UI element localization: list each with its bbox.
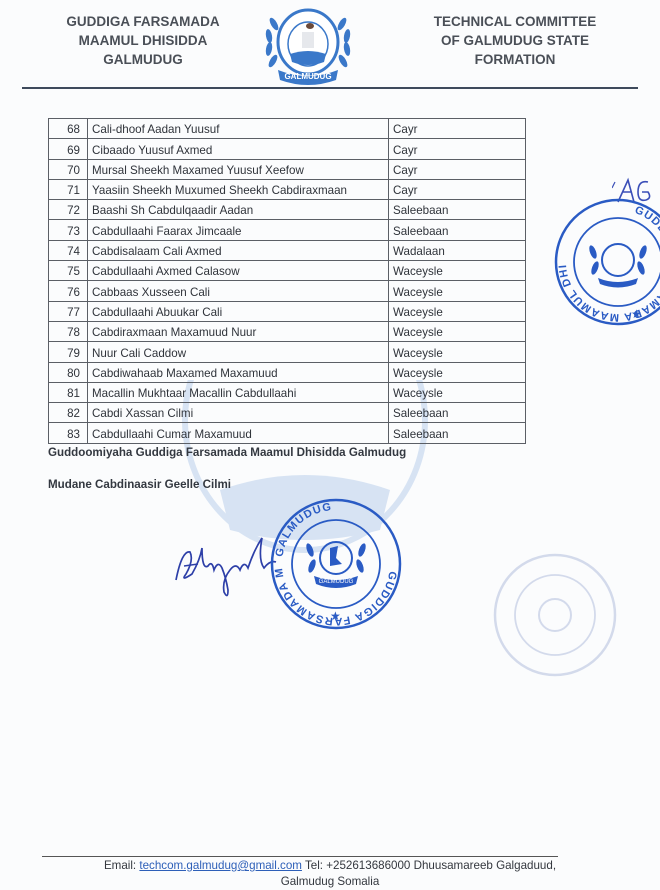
row-number: 82 xyxy=(49,403,88,423)
signatory-name: Mudane Cabdinaasir Geelle Cilmi xyxy=(48,478,231,491)
header-right-line: TECHNICAL COMMITTEE xyxy=(410,12,620,31)
row-number: 81 xyxy=(49,382,88,402)
official-stamp-right: GUDDIGA FARSAMADA MAAMUL DHISIDDA ★ xyxy=(553,196,660,328)
member-clan: Waceysle xyxy=(389,342,526,362)
row-number: 74 xyxy=(49,240,88,260)
member-clan: Saleebaan xyxy=(389,423,526,443)
member-clan: Saleebaan xyxy=(389,200,526,220)
contact-details: Tel: +252613686000 Dhuusamareeb Galgaduu… xyxy=(305,859,556,872)
row-number: 70 xyxy=(49,159,88,179)
table-row: 70Mursal Sheekh Maxamed Yuusuf XeefowCay… xyxy=(49,159,526,179)
table-row: 81Macallin Mukhtaar Macallin Cabdullaahi… xyxy=(49,382,526,402)
table-row: 75Cabdullaahi Axmed CalasowWaceysle xyxy=(49,261,526,281)
table-row: 82Cabdi Xassan CilmiSaleebaan xyxy=(49,403,526,423)
signatory-title: Guddoomiyaha Guddiga Farsamada Maamul Dh… xyxy=(48,446,406,459)
member-name: Cabdullaahi Axmed Calasow xyxy=(88,261,389,281)
table-row: 76Cabbaas Xusseen CaliWaceysle xyxy=(49,281,526,301)
footer-location: Galmudug Somalia xyxy=(0,874,660,890)
header-left-line: MAAMUL DHISIDDA xyxy=(38,31,248,50)
row-number: 76 xyxy=(49,281,88,301)
member-name: Cabdisalaam Cali Axmed xyxy=(88,240,389,260)
official-stamp-center: GUDDIGA FARSAMADA MAAMUL DHISIDDA GALMUD… xyxy=(268,496,404,632)
member-name: Cabdiraxmaan Maxamuud Nuur xyxy=(88,321,389,341)
member-name: Cabdullaahi Faarax Jimcaale xyxy=(88,220,389,240)
member-clan: Saleebaan xyxy=(389,403,526,423)
svg-text:GALMUDUG: GALMUDUG xyxy=(284,72,331,81)
member-clan: Waceysle xyxy=(389,321,526,341)
member-name: Cabdullaahi Abuukar Cali xyxy=(88,301,389,321)
row-number: 83 xyxy=(49,423,88,443)
member-clan: Waceysle xyxy=(389,301,526,321)
row-number: 77 xyxy=(49,301,88,321)
footer-contact: Email: techcom.galmudug@gmail.com Tel: +… xyxy=(0,858,660,890)
table-row: 78Cabdiraxmaan Maxamuud NuurWaceysle xyxy=(49,321,526,341)
table-row: 80Cabdiwahaab Maxamed MaxamuudWaceysle xyxy=(49,362,526,382)
member-clan: Saleebaan xyxy=(389,220,526,240)
table-row: 77Cabdullaahi Abuukar CaliWaceysle xyxy=(49,301,526,321)
row-number: 75 xyxy=(49,261,88,281)
table-row: 71Yaasiin Sheekh Muxumed Sheekh Cabdirax… xyxy=(49,179,526,199)
member-clan: Waceysle xyxy=(389,261,526,281)
header-org-english: TECHNICAL COMMITTEE OF GALMUDUG STATE FO… xyxy=(410,12,620,69)
table-row: 74Cabdisalaam Cali AxmedWadalaan xyxy=(49,240,526,260)
row-number: 79 xyxy=(49,342,88,362)
row-number: 69 xyxy=(49,139,88,159)
row-number: 72 xyxy=(49,200,88,220)
svg-text:★: ★ xyxy=(330,609,341,623)
member-clan: Cayr xyxy=(389,139,526,159)
row-number: 68 xyxy=(49,119,88,139)
header-right-line: FORMATION xyxy=(410,50,620,69)
table-row: 73Cabdullaahi Faarax JimcaaleSaleebaan xyxy=(49,220,526,240)
table-row: 83Cabdullaahi Cumar MaxamuudSaleebaan xyxy=(49,423,526,443)
chairman-signature xyxy=(172,530,282,602)
member-name: Baashi Sh Cabdulqaadir Aadan xyxy=(88,200,389,220)
member-clan: Waceysle xyxy=(389,362,526,382)
header-left-line: GUDDIGA FARSAMADA xyxy=(38,12,248,31)
row-number: 73 xyxy=(49,220,88,240)
faded-stamp xyxy=(490,550,620,680)
member-name: Nuur Cali Caddow xyxy=(88,342,389,362)
header-right-line: OF GALMUDUG STATE xyxy=(410,31,620,50)
svg-text:GALMUDUG: GALMUDUG xyxy=(319,579,354,585)
header-divider xyxy=(22,87,638,89)
member-name: Macallin Mukhtaar Macallin Cabdullaahi xyxy=(88,382,389,402)
member-clan: Cayr xyxy=(389,159,526,179)
member-clan: Wadalaan xyxy=(389,240,526,260)
member-name: Cabdi Xassan Cilmi xyxy=(88,403,389,423)
member-name: Mursal Sheekh Maxamed Yuusuf Xeefow xyxy=(88,159,389,179)
email-link[interactable]: techcom.galmudug@gmail.com xyxy=(139,859,302,872)
svg-text:★: ★ xyxy=(631,307,642,321)
footer-divider xyxy=(42,856,558,857)
member-name: Cabdullaahi Cumar Maxamuud xyxy=(88,423,389,443)
email-label: Email: xyxy=(104,859,136,872)
member-clan: Waceysle xyxy=(389,281,526,301)
member-clan: Waceysle xyxy=(389,382,526,402)
member-name: Cabdiwahaab Maxamed Maxamuud xyxy=(88,362,389,382)
table-row: 68Cali-dhoof Aadan YuusufCayr xyxy=(49,119,526,139)
table-row: 69Cibaado Yuusuf AxmedCayr xyxy=(49,139,526,159)
member-clan: Cayr xyxy=(389,179,526,199)
row-number: 71 xyxy=(49,179,88,199)
roster-table: 68Cali-dhoof Aadan YuusufCayr69Cibaado Y… xyxy=(48,118,526,444)
header-org-somali: GUDDIGA FARSAMADA MAAMUL DHISIDDA GALMUD… xyxy=(38,12,248,69)
member-clan: Cayr xyxy=(389,119,526,139)
galmudug-logo: GALMUDUG xyxy=(258,4,358,88)
member-name: Cibaado Yuusuf Axmed xyxy=(88,139,389,159)
table-row: 79Nuur Cali CaddowWaceysle xyxy=(49,342,526,362)
row-number: 80 xyxy=(49,362,88,382)
member-name: Cabbaas Xusseen Cali xyxy=(88,281,389,301)
table-row: 72Baashi Sh Cabdulqaadir AadanSaleebaan xyxy=(49,200,526,220)
member-name: Cali-dhoof Aadan Yuusuf xyxy=(88,119,389,139)
header-left-line: GALMUDUG xyxy=(38,50,248,69)
member-name: Yaasiin Sheekh Muxumed Sheekh Cabdiraxma… xyxy=(88,179,389,199)
row-number: 78 xyxy=(49,321,88,341)
